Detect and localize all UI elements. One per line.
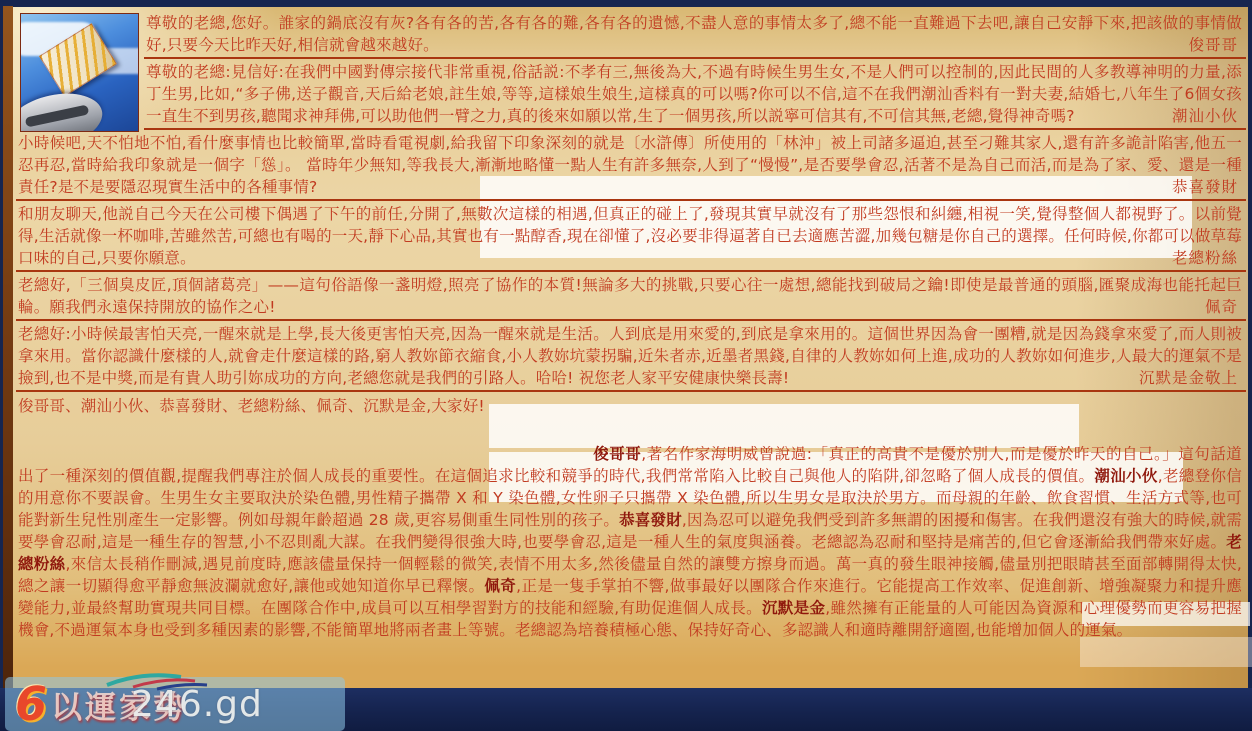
reader-letter: 尊敬的老總,您好。誰家的鍋底沒有灰?各有各的苦,各有各的難,各有各的遺憾,不盡人… [144, 10, 1246, 59]
letter-signature: 老總粉絲 [1172, 247, 1238, 269]
reader-letter: 老總好:小時候最害怕天亮,一醒來就是上學,長大後更害怕天亮,因為一醒來就是生活。… [16, 321, 1246, 392]
letter-text: 老總好,「三個臭皮匠,頂個諸葛亮」——這句俗語像一盞明燈,照亮了協作的本質!無論… [18, 276, 1242, 316]
redaction-box [1080, 637, 1252, 667]
letter-text: 老總好:小時候最害怕天亮,一醒來就是上學,長大後更害怕天亮,因為一醒來就是生活。… [18, 325, 1242, 387]
letter-text: 和朋友聊天,他説自己今天在公司樓下偶遇了下午的前任,分開了,無數次這樣的相遇,但… [18, 205, 1242, 267]
swoosh-icon [103, 669, 213, 691]
reader-letter: 老總好,「三個臭皮匠,頂個諸葛亮」——這句俗語像一盞明燈,照亮了協作的本質!無論… [16, 272, 1246, 321]
letter-signature: 沉默是金敬上 [1139, 367, 1238, 389]
letter-text: 尊敬的老總:見信好:在我們中國對傳宗接代非常重視,俗話説:不孝有三,無後為大,不… [146, 63, 1242, 125]
letter-signature: 潮汕小伙 [1172, 105, 1238, 127]
reply-paragraph: 俊哥哥,著名作家海明威曾說過:「真正的高貴不是優於別人,而是優於昨天的自己。」這… [16, 443, 1246, 641]
letter-text: 小時候吧,天不怕地不怕,看什麼事情也比較簡單,當時看電視劇,給我留下印象深刻的就… [18, 134, 1242, 196]
letter-signature: 恭喜發財 [1172, 176, 1238, 198]
letters-page: { "letters": [ { "text": "尊敬的老總,您好。誰家的鍋底… [0, 0, 1252, 731]
reply-greeting-line: 俊哥哥、潮汕小伙、恭喜發財、老總粉絲、佩奇、沉默是金,大家好! [16, 392, 1246, 419]
reader-letter: 尊敬的老總:見信好:在我們中國對傳宗接代非常重視,俗話説:不孝有三,無後為大,不… [144, 59, 1246, 130]
reader-letter: 和朋友聊天,他説自己今天在公司樓下偶遇了下午的前任,分開了,無數次這樣的相遇,但… [16, 201, 1246, 272]
promo-image [20, 13, 139, 132]
watermark: 6 以運家势 246.gd [5, 677, 345, 731]
left-frame-strip [3, 6, 13, 688]
letters-content: 尊敬的老總,您好。誰家的鍋底沒有灰?各有各的苦,各有各的難,各有各的遺憾,不盡人… [16, 10, 1246, 641]
watermark-logo: 6 [15, 681, 47, 727]
reader-letter: 小時候吧,天不怕地不怕,看什麼事情也比較簡單,當時看電視劇,給我留下印象深刻的就… [16, 130, 1246, 201]
letter-signature: 佩奇 [1205, 296, 1238, 318]
letters-beside-image: 尊敬的老總,您好。誰家的鍋底沒有灰?各有各的苦,各有各的難,各有各的遺憾,不盡人… [144, 10, 1246, 130]
letter-signature: 俊哥哥 [1188, 34, 1238, 56]
letter-text: 尊敬的老總,您好。誰家的鍋底沒有灰?各有各的苦,各有各的難,各有各的遺憾,不盡人… [146, 14, 1242, 54]
